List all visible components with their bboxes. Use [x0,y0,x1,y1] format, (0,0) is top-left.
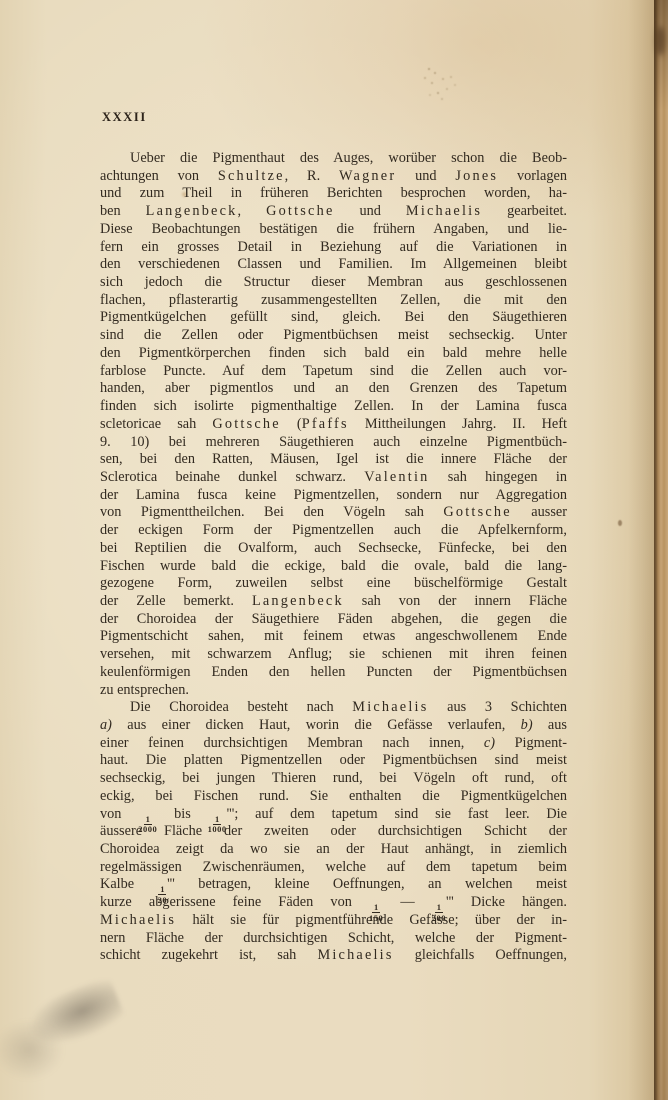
text-line: achtungen von Schultze, R. Wagner und Jo… [100,168,567,186]
text-line: der eckigen Form der Pigmentzellen auch … [100,522,567,540]
edge-stain [656,26,665,56]
person-name: Michaelis [352,699,428,715]
person-name: Michaelis [100,912,176,928]
body-text: Ueber die Pigmenthaut des Auges, worüber… [100,150,567,965]
text-line: finden sich isolirte pigmenthaltige Zell… [100,398,567,416]
person-name: Pfaffs [302,416,349,432]
text-line: den verschiedenen Classen und Familien. … [100,256,567,274]
text-line: scletoricae sah Gottsche (Pfaffs Mitthei… [100,416,567,434]
book-edge-band [654,0,668,1100]
text-line: flachen, pflasterartig zusammengestellte… [100,292,567,310]
person-name: Wagner [339,168,396,184]
paragraph: Die Choroidea besteht nach Michaelis aus… [100,699,567,965]
text-line: a) aus einer dicken Haut, worin die Gefä… [100,717,567,735]
paragraph: Ueber die Pigmenthaut des Auges, worüber… [100,150,567,699]
person-name: Valentin [364,469,429,485]
text-line: Michaelis hält sie für pigmentführende G… [100,912,567,930]
page-number: XXXII [102,110,567,125]
text-line: sechseckig, bei jungen Thieren rund, bei… [100,770,567,788]
text-line: und zum Theil in früheren Berichten besp… [100,185,567,203]
text-line: Fischen wurde bald die eckige, bald die … [100,558,567,576]
paper-shading [0,1020,64,1080]
book-page: XXXII Ueber die Pigmenthaut des Auges, w… [0,0,668,1100]
text-line: Pigmentkügelchen gefüllt sind, gleich. B… [100,309,567,327]
text-line: der Zelle bemerkt. Langenbeck sah von de… [100,593,567,611]
text-line: regelmässigen Zwischenräumen, welche auf… [100,859,567,877]
text-line: den Pigmentkörperchen finden sich bald e… [100,345,567,363]
page-edge-shadow [628,0,654,1100]
text-line: nern Fläche der durchsichtigen Schicht, … [100,930,567,948]
text-line: sich jedoch die Structur dieser Membran … [100,274,567,292]
person-name: Langenbeck [146,203,238,219]
text-line: einer feinen durchsichtigen Membran nach… [100,735,567,753]
text-line: der Choroidea der Säugethiere Fäden abge… [100,611,567,629]
text-line: gezogene Form, zuweilen selbst eine büsc… [100,575,567,593]
text-line: von 12000 bis 11000'''; auf dem tapetum … [100,806,567,824]
text-line: haut. Die platten Pigmentzellen oder Pig… [100,752,567,770]
person-name: Michaelis [317,947,393,963]
text-line: Pigmentschicht sahen, mit feinem etwas a… [100,628,567,646]
text-line: 9. 10) bei mehreren Säugethieren auch ei… [100,434,567,452]
person-name: Schultze [218,168,285,184]
text-line: kurze abgerissene feine Fäden von 1150 —… [100,894,567,912]
text-line: handen, aber pigmentlos und an den Grenz… [100,380,567,398]
text-line: Kalbe 120''' betragen, kleine Oeffnungen… [100,876,567,894]
text-line: Diese Beobachtungen bestätigen die frühe… [100,221,567,239]
text-line: Die Choroidea besteht nach Michaelis aus… [100,699,567,717]
text-line: sen, bei den Ratten, Mäusen, Igel ist di… [100,451,567,469]
text-line: zu entsprechen. [100,682,567,700]
text-line: Sclerotica beinahe dunkel schwarz. Valen… [100,469,567,487]
text-line: versehen, mit schwarzem Anflug; sie schi… [100,646,567,664]
foxing-spot [618,520,622,526]
text-line: fern ein grosses Detail in Beziehung auf… [100,239,567,257]
person-name: Gottsche [443,504,511,520]
person-name: Gottsche [212,416,280,432]
person-name: Michaelis [406,203,482,219]
person-name: Langenbeck [252,593,344,609]
text-line: der Lamina fusca keine Pigmentzellen, so… [100,487,567,505]
text-line: schicht zugekehrt ist, sah Michaelis gle… [100,947,567,965]
text-line: eckig, bei Fischen rund. Sie enthalten d… [100,788,567,806]
text-block: XXXII Ueber die Pigmenthaut des Auges, w… [100,110,567,965]
text-line: bei Reptilien die Ovalform, auch Sechsec… [100,540,567,558]
text-line: äussere Fläche der zweiten oder durchsic… [100,823,567,841]
text-line: farblose Puncte. Auf dem Tapetum sind di… [100,363,567,381]
person-name: Gottsche [266,203,334,219]
paper-speckles [428,68,430,70]
person-name: Jones [455,168,498,184]
text-line: ben Langenbeck, Gottsche und Michaelis g… [100,203,567,221]
text-line: Choroidea zeigt da wo sie an der Haut an… [100,841,567,859]
text-line: von Pigmenttheilchen. Bei den Vögeln sah… [100,504,567,522]
text-line: sind die Zellen oder Pigmentbüchsen meis… [100,327,567,345]
text-line: Ueber die Pigmenthaut des Auges, worüber… [100,150,567,168]
text-line: keulenförmigen Enden den hellen Puncten … [100,664,567,682]
